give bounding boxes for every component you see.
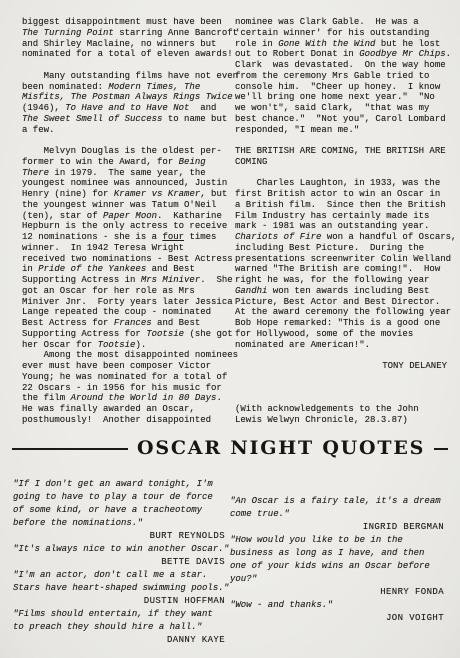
text-line: TONY DELANEY bbox=[235, 361, 449, 372]
text-segment: console him. "Cheer up honey. I know bbox=[235, 82, 440, 92]
text-line: presentations screenwriter Colin Welland bbox=[235, 254, 449, 265]
text-segment: Around the World in 80 Days bbox=[71, 393, 217, 403]
text-segment: 'certain winner' for his outstanding bbox=[235, 28, 429, 38]
quote-line: to preach they should hire a hall." bbox=[13, 621, 230, 634]
text-line: nominated for a total of eleven awards! bbox=[22, 49, 235, 60]
text-line: Picture, Best Actor and Best Director. bbox=[235, 297, 449, 308]
text-line: responded, "I mean me." bbox=[235, 125, 449, 136]
text-segment: former to win the Award, for bbox=[22, 157, 179, 167]
quote-block: "How would you like to be in thebusiness… bbox=[230, 534, 449, 599]
quote-line: of some kind, or have a tracheotomy bbox=[13, 504, 230, 517]
text-segment: biggest disappointment must have been bbox=[22, 17, 222, 27]
quote-line: come true." bbox=[230, 508, 449, 521]
text-line: Clark was devastated. On the way home bbox=[235, 60, 449, 71]
text-line: Charles Laughton, in 1933, was the bbox=[235, 178, 449, 189]
text-segment: Film Industry has certainly made its bbox=[235, 211, 429, 221]
text-line: THE BRITISH ARE COMING, THE BRITISH ARE bbox=[235, 146, 449, 157]
text-line: youngest nominee was announced, Justin bbox=[22, 178, 235, 189]
text-line: from the ceremony Mrs Gable tried to bbox=[235, 71, 449, 82]
text-line: (ten), star of Paper Moon. Katharine bbox=[22, 211, 235, 222]
text-line: Henry (nine) for Kramer vs Kramer, but bbox=[22, 189, 235, 200]
text-segment: ). bbox=[135, 340, 146, 350]
text-segment: nominated for a total of eleven awards! bbox=[22, 49, 233, 59]
text-segment: the film bbox=[22, 393, 71, 403]
article-column-left: biggest disappointment must have beenThe… bbox=[22, 17, 235, 426]
text-segment: Bob Hope remarked: "This is a good one bbox=[235, 318, 440, 328]
text-line: Gandhi won ten awards including Best bbox=[235, 286, 449, 297]
text-segment: starring Anne Bancroft bbox=[114, 28, 238, 38]
text-line: for Hollywood, some of the movies bbox=[235, 329, 449, 340]
text-segment: Kramer vs Kramer bbox=[114, 189, 200, 199]
text-segment: Many outstanding films have not even bbox=[22, 71, 238, 81]
text-line: got an Oscar for her role as Mrs bbox=[22, 286, 235, 297]
text-segment: (she got bbox=[184, 329, 233, 339]
text-segment: Best Actress for bbox=[22, 318, 114, 328]
text-segment: times bbox=[184, 232, 216, 242]
quote-block: "Wow - and thanks."JON VOIGHT bbox=[230, 599, 449, 625]
article-section: biggest disappointment must have beenThe… bbox=[22, 17, 449, 426]
text-line bbox=[22, 60, 235, 71]
text-segment: Supporting Actress in bbox=[22, 275, 141, 285]
text-line: Lange repeated the coup - nominated bbox=[22, 307, 235, 318]
text-line: posthumously! Another disappointed bbox=[22, 415, 235, 426]
quote-attribution: INGRID BERGMAN bbox=[230, 521, 449, 534]
text-line: Many outstanding films have not even bbox=[22, 71, 235, 82]
text-segment: Clark was devastated. On the way home bbox=[235, 60, 446, 70]
text-line: in Pride of the Yankees and Best bbox=[22, 264, 235, 275]
text-segment: COMING bbox=[235, 157, 267, 167]
text-segment: . bbox=[216, 393, 221, 403]
text-line: Supporting Actress in Mrs Miniver. She bbox=[22, 275, 235, 286]
text-segment: , but bbox=[200, 189, 227, 199]
text-segment: and Best bbox=[146, 264, 195, 274]
quote-line: Stars have heart-shaped swimming pools." bbox=[13, 582, 230, 595]
text-line: Supporting Actress for Tootsie (she got bbox=[22, 329, 235, 340]
text-segment: we'll bring one home next year." "No bbox=[235, 92, 435, 102]
text-segment: for Hollywood, some of the movies bbox=[235, 329, 413, 339]
quote-line: you?" bbox=[230, 573, 449, 586]
text-segment: ever must have been composer Victor bbox=[22, 361, 211, 371]
text-segment: He was finally awarded an Oscar, bbox=[22, 404, 195, 414]
text-line: the youngest winner was Tatum O'Neil bbox=[22, 200, 235, 211]
text-segment: first British actor to win an Oscar in bbox=[235, 189, 440, 199]
text-segment: At the award ceremony the following year bbox=[235, 307, 451, 317]
text-line: The Turning Point starring Anne Bancroft bbox=[22, 28, 235, 39]
text-segment: . bbox=[446, 49, 451, 59]
text-segment: Supporting Actress for bbox=[22, 329, 146, 339]
quote-block: "It's always nice to win another Oscar."… bbox=[13, 543, 230, 569]
text-segment: posthumously! Another disappointed bbox=[22, 415, 211, 425]
text-segment: (With acknowledgements to the John bbox=[235, 404, 419, 414]
text-segment: Chariots of Fire bbox=[235, 232, 321, 242]
text-segment: Paper Moon bbox=[103, 211, 157, 221]
text-line: first British actor to win an Oscar in bbox=[235, 189, 449, 200]
quote-line: "It's always nice to win another Oscar." bbox=[13, 543, 230, 556]
text-segment: a few. bbox=[22, 125, 54, 135]
text-segment: in bbox=[22, 264, 38, 274]
text-line: 12 nominations - she is a four times bbox=[22, 232, 235, 243]
text-line: and Shirley Maclaine, no winners but bbox=[22, 39, 235, 50]
text-line: The Sweet Smell of Success to name but bbox=[22, 114, 235, 125]
text-line: biggest disappointment must have been bbox=[22, 17, 235, 28]
quotes-section: "If I don't get an award tonight, I'mgoi… bbox=[13, 478, 449, 647]
text-line: Bob Hope remarked: "This is a good one bbox=[235, 318, 449, 329]
text-line: Miniver Jnr. Forty years later Jessica bbox=[22, 297, 235, 308]
text-segment: 22 Oscars - in 1956 for his music for bbox=[22, 383, 222, 393]
text-segment: we won't", said Clark, "that was my bbox=[235, 103, 429, 113]
text-segment: Charles Laughton, in 1933, was the bbox=[235, 178, 440, 188]
text-line: nominee was Clark Gable. He was a bbox=[235, 17, 449, 28]
text-segment: . Katharine bbox=[157, 211, 222, 221]
text-line: role in Gone With the Wind but he lost bbox=[235, 39, 449, 50]
text-line: warned "The British are coming!". How bbox=[235, 264, 449, 275]
text-line: nominated are American!". bbox=[235, 340, 449, 351]
text-segment: . She bbox=[200, 275, 232, 285]
text-segment: The Turning Point bbox=[22, 28, 114, 38]
text-line: mark - 1981 was an outstanding year. bbox=[235, 221, 449, 232]
text-line: He was finally awarded an Oscar, bbox=[22, 404, 235, 415]
text-line: best chance." "Not you", Carol Lombard bbox=[235, 114, 449, 125]
text-segment: TONY DELANEY bbox=[382, 361, 447, 371]
divider-rule-left bbox=[12, 448, 128, 450]
text-segment: got an Oscar for her role as Mrs bbox=[22, 286, 195, 296]
text-segment: out to Robert Donat in bbox=[235, 49, 359, 59]
text-segment: Mrs Miniver bbox=[141, 275, 200, 285]
text-line: the film Around the World in 80 Days. bbox=[22, 393, 235, 404]
text-segment: received two nominations - Best Actress bbox=[22, 254, 233, 264]
text-segment: Hepburn is the only actress to receive bbox=[22, 221, 227, 231]
text-segment: and Best bbox=[152, 318, 201, 328]
text-segment: a British film. Since then the British bbox=[235, 200, 446, 210]
article-column-right: nominee was Clark Gable. He was a'certai… bbox=[235, 17, 449, 426]
text-segment: nominee was Clark Gable. He was a bbox=[235, 17, 419, 27]
text-segment: (1946), bbox=[22, 103, 65, 113]
text-segment: right he was, for the following year bbox=[235, 275, 429, 285]
text-segment: won ten awards including Best bbox=[267, 286, 429, 296]
text-line bbox=[235, 350, 449, 361]
text-segment: (ten), star of bbox=[22, 211, 103, 221]
text-line: Chariots of Fire won a handful of Oscars… bbox=[235, 232, 449, 243]
section-divider: OSCAR NIGHT QUOTES bbox=[12, 437, 448, 461]
text-segment: won a handful of Oscars, bbox=[321, 232, 456, 242]
quote-attribution: JON VOIGHT bbox=[230, 612, 449, 625]
text-line: (With acknowledgements to the John bbox=[235, 404, 449, 415]
text-line: Melvyn Douglas is the oldest per- bbox=[22, 146, 235, 157]
text-line: Film Industry has certainly made its bbox=[235, 211, 449, 222]
text-segment: Modern Times, The bbox=[108, 82, 200, 92]
text-segment: 12 nominations - she is a bbox=[22, 232, 162, 242]
text-line bbox=[235, 135, 449, 146]
text-line: a British film. Since then the British bbox=[235, 200, 449, 211]
text-segment: There bbox=[22, 168, 49, 178]
text-segment: Gandhi bbox=[235, 286, 267, 296]
quote-line: "Films should entertain, if they want bbox=[13, 608, 230, 621]
text-line: out to Robert Donat in Goodbye Mr Chips. bbox=[235, 49, 449, 60]
text-segment: nominated are American!". bbox=[235, 340, 370, 350]
quote-line: one of your kids wins an Oscar before bbox=[230, 560, 449, 573]
text-segment: winner. In 1942 Teresa Wright bbox=[22, 243, 184, 253]
text-segment: Among the most disappointed nominees bbox=[22, 350, 238, 360]
divider-rule-right bbox=[434, 448, 448, 450]
quote-attribution: HENRY FONDA bbox=[230, 586, 449, 599]
text-segment: Being bbox=[179, 157, 206, 167]
text-segment: including Best Picture. During the bbox=[235, 243, 424, 253]
quote-block: "An Oscar is a fairy tale, it's a dreamc… bbox=[230, 495, 449, 534]
text-line: 'certain winner' for his outstanding bbox=[235, 28, 449, 39]
text-segment: warned "The British are coming!". How bbox=[235, 264, 440, 274]
text-segment: Pride of the Yankees bbox=[38, 264, 146, 274]
text-segment: mark - 1981 was an outstanding year. bbox=[235, 221, 429, 231]
text-segment: Miniver Jnr. Forty years later Jessica bbox=[22, 297, 233, 307]
text-segment: youngest nominee was announced, Justin bbox=[22, 178, 227, 188]
text-segment: best chance." "Not you", Carol Lombard bbox=[235, 114, 446, 124]
text-segment: to name but bbox=[162, 114, 227, 124]
text-line: been nominated: Modern Times, The bbox=[22, 82, 235, 93]
text-segment: her Oscar for bbox=[22, 340, 98, 350]
text-segment: The Sweet Smell of Success bbox=[22, 114, 162, 124]
text-line bbox=[235, 383, 449, 394]
section-title: OSCAR NIGHT QUOTES bbox=[137, 437, 425, 459]
quote-attribution: BURT REYNOLDS bbox=[13, 530, 230, 543]
text-segment: Tootsie bbox=[98, 340, 136, 350]
text-segment: Tootsie bbox=[146, 329, 184, 339]
quote-attribution: DUSTIN HOFFMAN bbox=[13, 595, 230, 608]
text-segment: role in bbox=[235, 39, 278, 49]
text-segment: Lewis Welwyn Chronicle, 28.3.87) bbox=[235, 415, 408, 425]
text-line: At the award ceremony the following year bbox=[235, 307, 449, 318]
text-line: Best Actress for Frances and Best bbox=[22, 318, 235, 329]
text-segment: presentations screenwriter Colin Welland bbox=[235, 254, 451, 264]
text-segment: Lange repeated the coup - nominated bbox=[22, 307, 211, 317]
quote-block: "Films should entertain, if they wantto … bbox=[13, 608, 230, 647]
text-line: Lewis Welwyn Chronicle, 28.3.87) bbox=[235, 415, 449, 426]
text-segment: Gone With the Wind bbox=[278, 39, 375, 49]
text-segment: THE BRITISH ARE COMING, THE BRITISH ARE bbox=[235, 146, 446, 156]
text-line bbox=[235, 372, 449, 383]
quote-block: "I'm an actor, don't call me a star.Star… bbox=[13, 569, 230, 608]
text-segment: Picture, Best Actor and Best Director. bbox=[235, 297, 440, 307]
text-segment: Goodbye Mr Chips bbox=[359, 49, 445, 59]
text-line: right he was, for the following year bbox=[235, 275, 449, 286]
text-line: winner. In 1942 Teresa Wright bbox=[22, 243, 235, 254]
text-segment: in 1979. The same year, the bbox=[49, 168, 206, 178]
text-line: Among the most disappointed nominees bbox=[22, 350, 235, 361]
text-line: 22 Oscars - in 1956 for his music for bbox=[22, 383, 235, 394]
quotes-column-left: "If I don't get an award tonight, I'mgoi… bbox=[13, 478, 230, 647]
text-line: (1946), To Have and to Have Not and bbox=[22, 103, 235, 114]
quote-attribution: DANNY KAYE bbox=[13, 634, 230, 647]
text-line: including Best Picture. During the bbox=[235, 243, 449, 254]
text-line: Hepburn is the only actress to receive bbox=[22, 221, 235, 232]
quote-line: business as long as I have, and then bbox=[230, 547, 449, 560]
text-line: Misfits, The Postman Always Rings Twice bbox=[22, 92, 235, 103]
text-line: we'll bring one home next year." "No bbox=[235, 92, 449, 103]
text-segment: the youngest winner was Tatum O'Neil bbox=[22, 200, 216, 210]
text-segment: and Shirley Maclaine, no winners but bbox=[22, 39, 216, 49]
text-line: we won't", said Clark, "that was my bbox=[235, 103, 449, 114]
text-segment: Frances bbox=[114, 318, 152, 328]
text-line: Young; he was nominated for a total of bbox=[22, 372, 235, 383]
text-line: a few. bbox=[22, 125, 235, 136]
quote-line: "I'm an actor, don't call me a star. bbox=[13, 569, 230, 582]
quote-line: "How would you like to be in the bbox=[230, 534, 449, 547]
text-segment: Melvyn Douglas is the oldest per- bbox=[22, 146, 222, 156]
text-segment: To Have and to Have Not bbox=[65, 103, 189, 113]
quotes-column-right: "An Oscar is a fairy tale, it's a dreamc… bbox=[230, 495, 449, 647]
text-line: received two nominations - Best Actress bbox=[22, 254, 235, 265]
text-line bbox=[22, 135, 235, 146]
text-line: ever must have been composer Victor bbox=[22, 361, 235, 372]
text-segment: but he lost bbox=[375, 39, 440, 49]
text-segment: Misfits, The Postman Always Rings Twice bbox=[22, 92, 233, 102]
scanned-page: biggest disappointment must have beenThe… bbox=[0, 0, 460, 658]
text-segment: four bbox=[162, 232, 184, 242]
text-line: COMING bbox=[235, 157, 449, 168]
quote-attribution: BETTE DAVIS bbox=[13, 556, 230, 569]
quote-line: "If I don't get an award tonight, I'm bbox=[13, 478, 230, 491]
quote-block: "If I don't get an award tonight, I'mgoi… bbox=[13, 478, 230, 543]
text-line: former to win the Award, for Being bbox=[22, 157, 235, 168]
text-segment: responded, "I mean me." bbox=[235, 125, 359, 135]
text-segment: and bbox=[189, 103, 216, 113]
text-segment: Henry (nine) for bbox=[22, 189, 114, 199]
quote-line: "Wow - and thanks." bbox=[230, 599, 449, 612]
text-line: console him. "Cheer up honey. I know bbox=[235, 82, 449, 93]
quote-line: "An Oscar is a fairy tale, it's a dream bbox=[230, 495, 449, 508]
text-line: There in 1979. The same year, the bbox=[22, 168, 235, 179]
text-segment: Young; he was nominated for a total of bbox=[22, 372, 227, 382]
quote-line: before the nominations." bbox=[13, 517, 230, 530]
text-segment: from the ceremony Mrs Gable tried to bbox=[235, 71, 429, 81]
text-segment: been nominated: bbox=[22, 82, 108, 92]
text-line bbox=[235, 393, 449, 404]
text-line: her Oscar for Tootsie). bbox=[22, 340, 235, 351]
text-line bbox=[235, 168, 449, 179]
quote-line: going to have to play a tour de force bbox=[13, 491, 230, 504]
